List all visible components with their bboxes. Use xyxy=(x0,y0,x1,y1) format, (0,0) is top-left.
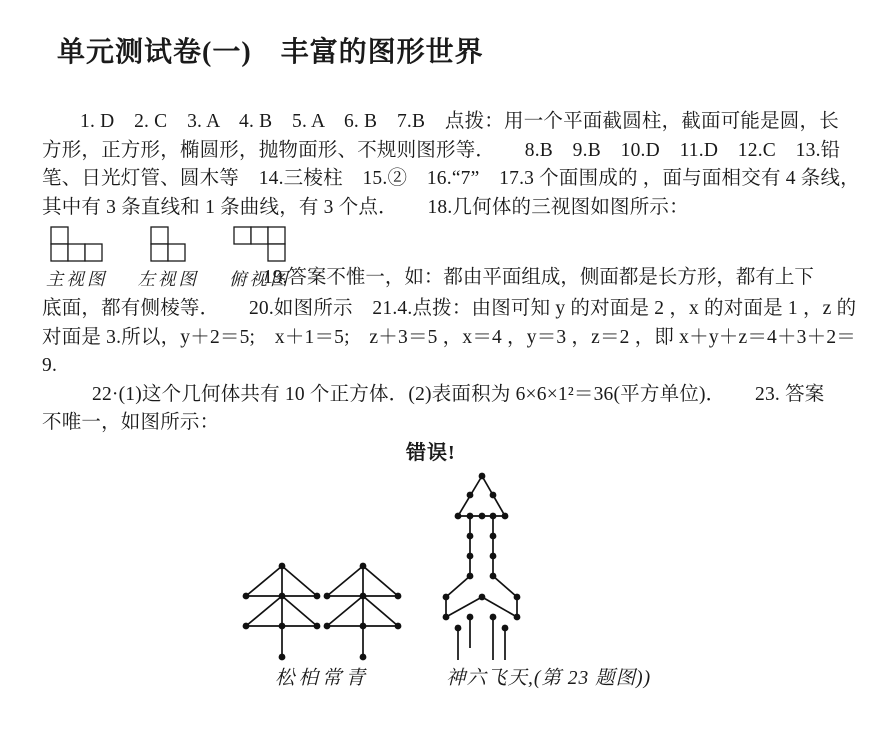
pine-trees-diagram xyxy=(241,555,403,667)
figure-dot xyxy=(514,594,521,601)
figure-dot xyxy=(360,654,367,661)
left-view-diagram xyxy=(150,226,186,262)
answer-line: 方形，正方形，椭圆形，抛物面形、不规则图形等． 8.B 9.B 10.D 11.… xyxy=(42,137,862,166)
figure-line xyxy=(246,596,282,626)
figure-dot xyxy=(455,625,462,632)
rocket-caption: 神六飞天,(第 23 题图)) xyxy=(446,662,651,690)
answer-line: 22·(1)这个几何体共有 10 个正方体．(2)表面积为 6×6×1²＝36(… xyxy=(42,381,862,410)
figure-line xyxy=(493,576,517,597)
grid-cell xyxy=(51,227,68,244)
front-view-figure: 主视图 xyxy=(46,226,108,291)
figure-dot xyxy=(479,473,486,480)
three-views-figure: 主视图 左视图 俯视图 xyxy=(46,226,291,291)
figure-dot xyxy=(360,623,367,630)
figure-dot xyxy=(279,623,286,630)
figure-dot xyxy=(490,492,497,499)
grid-cell xyxy=(51,244,68,261)
figure-dot xyxy=(490,553,497,560)
top-view-diagram xyxy=(233,226,286,262)
figure-line xyxy=(282,566,317,596)
figure-line xyxy=(446,576,470,597)
figure-dot xyxy=(243,593,250,600)
answers-paragraph-1: 1. D 2. C 3. A 4. B 5. A 6. B 7.B 点拨：用一个… xyxy=(42,108,862,222)
field-error-text: 错误! xyxy=(406,436,456,465)
rocket-diagram xyxy=(435,465,528,665)
answer-line: 底面，都有侧棱等． 20.如图所示 21.4.点拨：由图可知 y 的对面是 2 … xyxy=(42,295,862,324)
grid-cell xyxy=(268,227,285,244)
figure-dot xyxy=(279,654,286,661)
figure-dot xyxy=(443,614,450,621)
figure-dot xyxy=(467,533,474,540)
figure-line xyxy=(363,566,398,596)
figure-dot xyxy=(314,593,321,600)
answer-line: 1. D 2. C 3. A 4. B 5. A 6. B 7.B 点拨：用一个… xyxy=(42,108,862,137)
figure-dot xyxy=(324,593,331,600)
grid-cell xyxy=(151,244,168,261)
figure-dot xyxy=(467,614,474,621)
figure-dot xyxy=(467,573,474,580)
grid-cell xyxy=(68,244,85,261)
figure-dot xyxy=(395,623,402,630)
figure-dot xyxy=(360,563,367,570)
answer-line-19: 19.答案不惟一，如：都由平面组成，侧面都是长方形，都有上下 xyxy=(263,261,814,289)
grid-cell xyxy=(168,244,185,261)
trees-caption: 松柏常青 xyxy=(241,662,403,690)
figure-dot xyxy=(479,594,486,601)
grid-cell xyxy=(251,227,268,244)
figure-dot xyxy=(279,593,286,600)
figure-dot xyxy=(467,513,474,520)
answer-line: 不唯一，如图所示： xyxy=(42,409,862,438)
figure-line xyxy=(446,597,482,617)
figure-dot xyxy=(395,593,402,600)
figure-dot xyxy=(360,593,367,600)
page-title: 单元测试卷(一) 丰富的图形世界 xyxy=(57,30,484,70)
figure-dot xyxy=(479,513,486,520)
figure-dot xyxy=(279,563,286,570)
figure-dot xyxy=(324,623,331,630)
figure-dot xyxy=(490,573,497,580)
figure-dot xyxy=(490,533,497,540)
answers-paragraph-2: 底面，都有侧棱等． 20.如图所示 21.4.点拨：由图可知 y 的对面是 2 … xyxy=(42,295,862,438)
figure-line xyxy=(246,566,282,596)
figure-line xyxy=(327,566,363,596)
figure-dot xyxy=(502,625,509,632)
figure-dot xyxy=(467,553,474,560)
figure-dot xyxy=(490,614,497,621)
figure-line xyxy=(363,596,398,626)
grid-cell xyxy=(268,244,285,261)
front-view-label: 主视图 xyxy=(46,266,108,291)
figure-line xyxy=(327,596,363,626)
figure-dot xyxy=(502,513,509,520)
answer-sheet-page: 单元测试卷(一) 丰富的图形世界 1. D 2. C 3. A 4. B 5. … xyxy=(0,0,891,750)
figure-dot xyxy=(243,623,250,630)
figure-dot xyxy=(490,513,497,520)
figure-dot xyxy=(314,623,321,630)
figure-dot xyxy=(514,614,521,621)
answer-line: 对面是 3.所以，y＋2＝5; x＋1＝5; z＋3＝5 ，x＝4 ，y＝3 ，… xyxy=(42,324,862,353)
figure-line xyxy=(282,596,317,626)
front-view-diagram xyxy=(50,226,103,262)
left-view-label: 左视图 xyxy=(138,266,200,291)
figure-dot xyxy=(443,594,450,601)
figure-line xyxy=(482,597,517,617)
answer-line: 9. xyxy=(42,352,862,381)
answer-line: 其中有 3 条直线和 1 条曲线，有 3 个点． 18.几何体的三视图如图所示： xyxy=(42,194,862,223)
grid-cell xyxy=(151,227,168,244)
figure-dot xyxy=(455,513,462,520)
figure-dot xyxy=(467,492,474,499)
answer-line: 笔、日光灯管、圆木等 14.三棱柱 15.② 16.“7” 17.3 个面围成的… xyxy=(42,165,862,194)
grid-cell xyxy=(234,227,251,244)
left-view-figure: 左视图 xyxy=(138,226,200,291)
grid-cell xyxy=(85,244,102,261)
